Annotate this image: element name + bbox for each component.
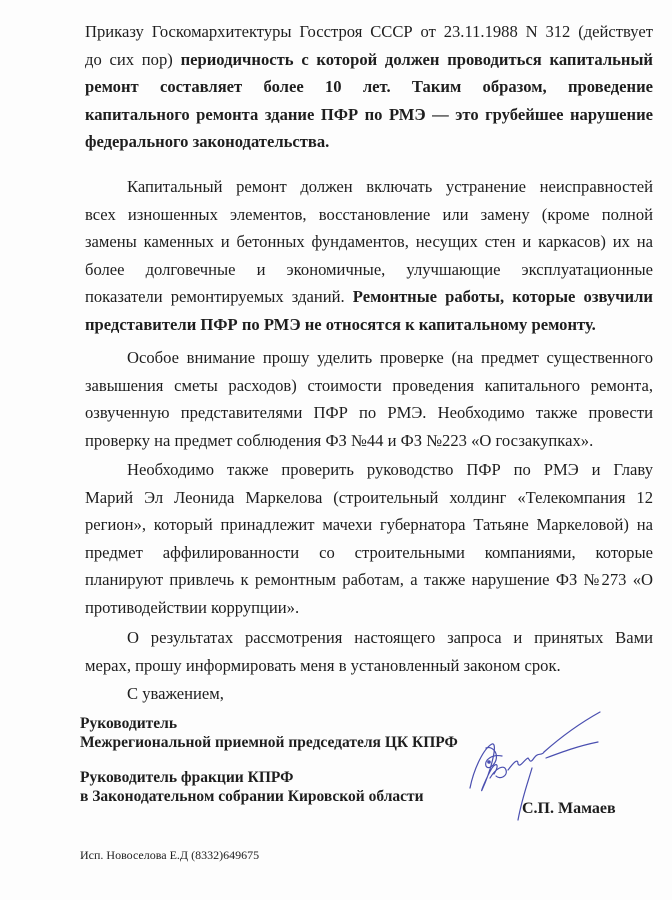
- paragraph-results-request: О результатах рассмотрения настоящего за…: [85, 624, 653, 679]
- text-line: более долговечные и экономичные, улучшаю…: [85, 256, 653, 284]
- text: предмет аффилированности со строительным…: [85, 543, 653, 562]
- text: более долговечные и экономичные, улучшаю…: [85, 260, 653, 279]
- text: О результатах рассмотрения настоящего за…: [127, 628, 653, 647]
- executor-contact: Исп. Новоселова Е.Д (8332)649675: [80, 848, 259, 863]
- text: всех изношенных элементов, восстановлени…: [85, 205, 653, 224]
- text: С уважением,: [127, 684, 224, 703]
- signatory-name: С.П. Мамаев: [522, 800, 616, 818]
- text-line: Приказу Госкомархитектуры Госстроя СССР …: [85, 18, 653, 46]
- text: Особое внимание прошу уделить проверке (…: [127, 348, 653, 367]
- text-line: регион», который принадлежит мачехи губе…: [85, 511, 653, 539]
- document-page: Приказу Госкомархитектуры Госстроя СССР …: [0, 0, 672, 900]
- paragraph-cost-audit-request: Особое внимание прошу уделить проверке (…: [85, 344, 653, 454]
- text: Капитальный ремонт должен включать устра…: [127, 177, 653, 196]
- paragraph-capital-repair-definition: Капитальный ремонт должен включать устра…: [85, 173, 653, 338]
- text: озвученную представителями ПФР по РМЭ. Н…: [85, 403, 653, 422]
- signatory-title-1-line-2: Межрегиональной приемной председателя ЦК…: [80, 733, 458, 752]
- bold-text: Ремонтные работы, которые озвучили: [353, 287, 653, 306]
- text-line: С уважением,: [85, 680, 653, 708]
- text-line: завышения сметы расходов) стоимости пров…: [85, 372, 653, 400]
- text: Приказу Госкомархитектуры Госстроя СССР …: [85, 22, 653, 41]
- bold-text: капитального ремонта здание ПФР по РМЭ —…: [85, 105, 653, 124]
- text-line: проверку на предмет соблюдения ФЗ №44 и …: [85, 427, 653, 455]
- text-line: Капитальный ремонт должен включать устра…: [85, 173, 653, 201]
- text-line: Особое внимание прошу уделить проверке (…: [85, 344, 653, 372]
- signatory-title-2-line-2: в Законодательном собрании Кировской обл…: [80, 787, 424, 806]
- bold-text: федерального законодательства.: [85, 132, 329, 151]
- text-line: капитального ремонта здание ПФР по РМЭ —…: [85, 101, 653, 129]
- text: показатели ремонтируемых зданий.: [85, 287, 353, 306]
- text: планируют привлечь к ремонтным работам, …: [85, 570, 653, 589]
- text: регион», который принадлежит мачехи губе…: [85, 515, 653, 534]
- text: замены каменных и бетонных фундаментов, …: [85, 232, 653, 251]
- text-line: Необходимо также проверить руководство П…: [85, 456, 653, 484]
- signatory-title-1-line-1: Руководитель: [80, 714, 458, 733]
- bold-text: представители ПФР по РМЭ не относятся к …: [85, 315, 596, 334]
- text-line: федерального законодательства.: [85, 128, 653, 156]
- text-line: мерах, прошу информировать меня в устано…: [85, 652, 653, 680]
- text-line: О результатах рассмотрения настоящего за…: [85, 624, 653, 652]
- text-line: озвученную представителями ПФР по РМЭ. Н…: [85, 399, 653, 427]
- text-line: представители ПФР по РМЭ не относятся к …: [85, 311, 653, 339]
- paragraph-affiliation-check-request: Необходимо также проверить руководство П…: [85, 456, 653, 621]
- text-line: Марий Эл Леонида Маркелова (строительный…: [85, 484, 653, 512]
- signatory-title-2-line-1: Руководитель фракции КПРФ: [80, 768, 424, 787]
- text: Необходимо также проверить руководство П…: [127, 460, 653, 479]
- text-line: показатели ремонтируемых зданий. Ремонтн…: [85, 283, 653, 311]
- bold-text: периодичность с которой должен проводить…: [181, 50, 653, 69]
- text: Марий Эл Леонида Маркелова (строительный…: [85, 488, 653, 507]
- signatory-title-2: Руководитель фракции КПРФ в Законодатель…: [80, 768, 424, 806]
- text-line: предмет аффилированности со строительным…: [85, 539, 653, 567]
- paragraph-legal-basis: Приказу Госкомархитектуры Госстроя СССР …: [85, 18, 653, 156]
- text: противодействии коррупции».: [85, 598, 299, 617]
- text: до сих пор): [85, 50, 181, 69]
- text-line: планируют привлечь к ремонтным работам, …: [85, 566, 653, 594]
- text: завышения сметы расходов) стоимости пров…: [85, 376, 653, 395]
- text: мерах, прошу информировать меня в устано…: [85, 656, 561, 675]
- signatory-title-1: Руководитель Межрегиональной приемной пр…: [80, 714, 458, 752]
- text-line: до сих пор) периодичность с которой долж…: [85, 46, 653, 74]
- text-line: ремонт составляет более 10 лет. Таким об…: [85, 73, 653, 101]
- text: проверку на предмет соблюдения ФЗ №44 и …: [85, 431, 593, 450]
- text-line: противодействии коррупции».: [85, 594, 653, 622]
- text-line: всех изношенных элементов, восстановлени…: [85, 201, 653, 229]
- closing-regards: С уважением,: [85, 680, 653, 708]
- text-line: замены каменных и бетонных фундаментов, …: [85, 228, 653, 256]
- bold-text: ремонт составляет более 10 лет. Таким об…: [85, 77, 653, 96]
